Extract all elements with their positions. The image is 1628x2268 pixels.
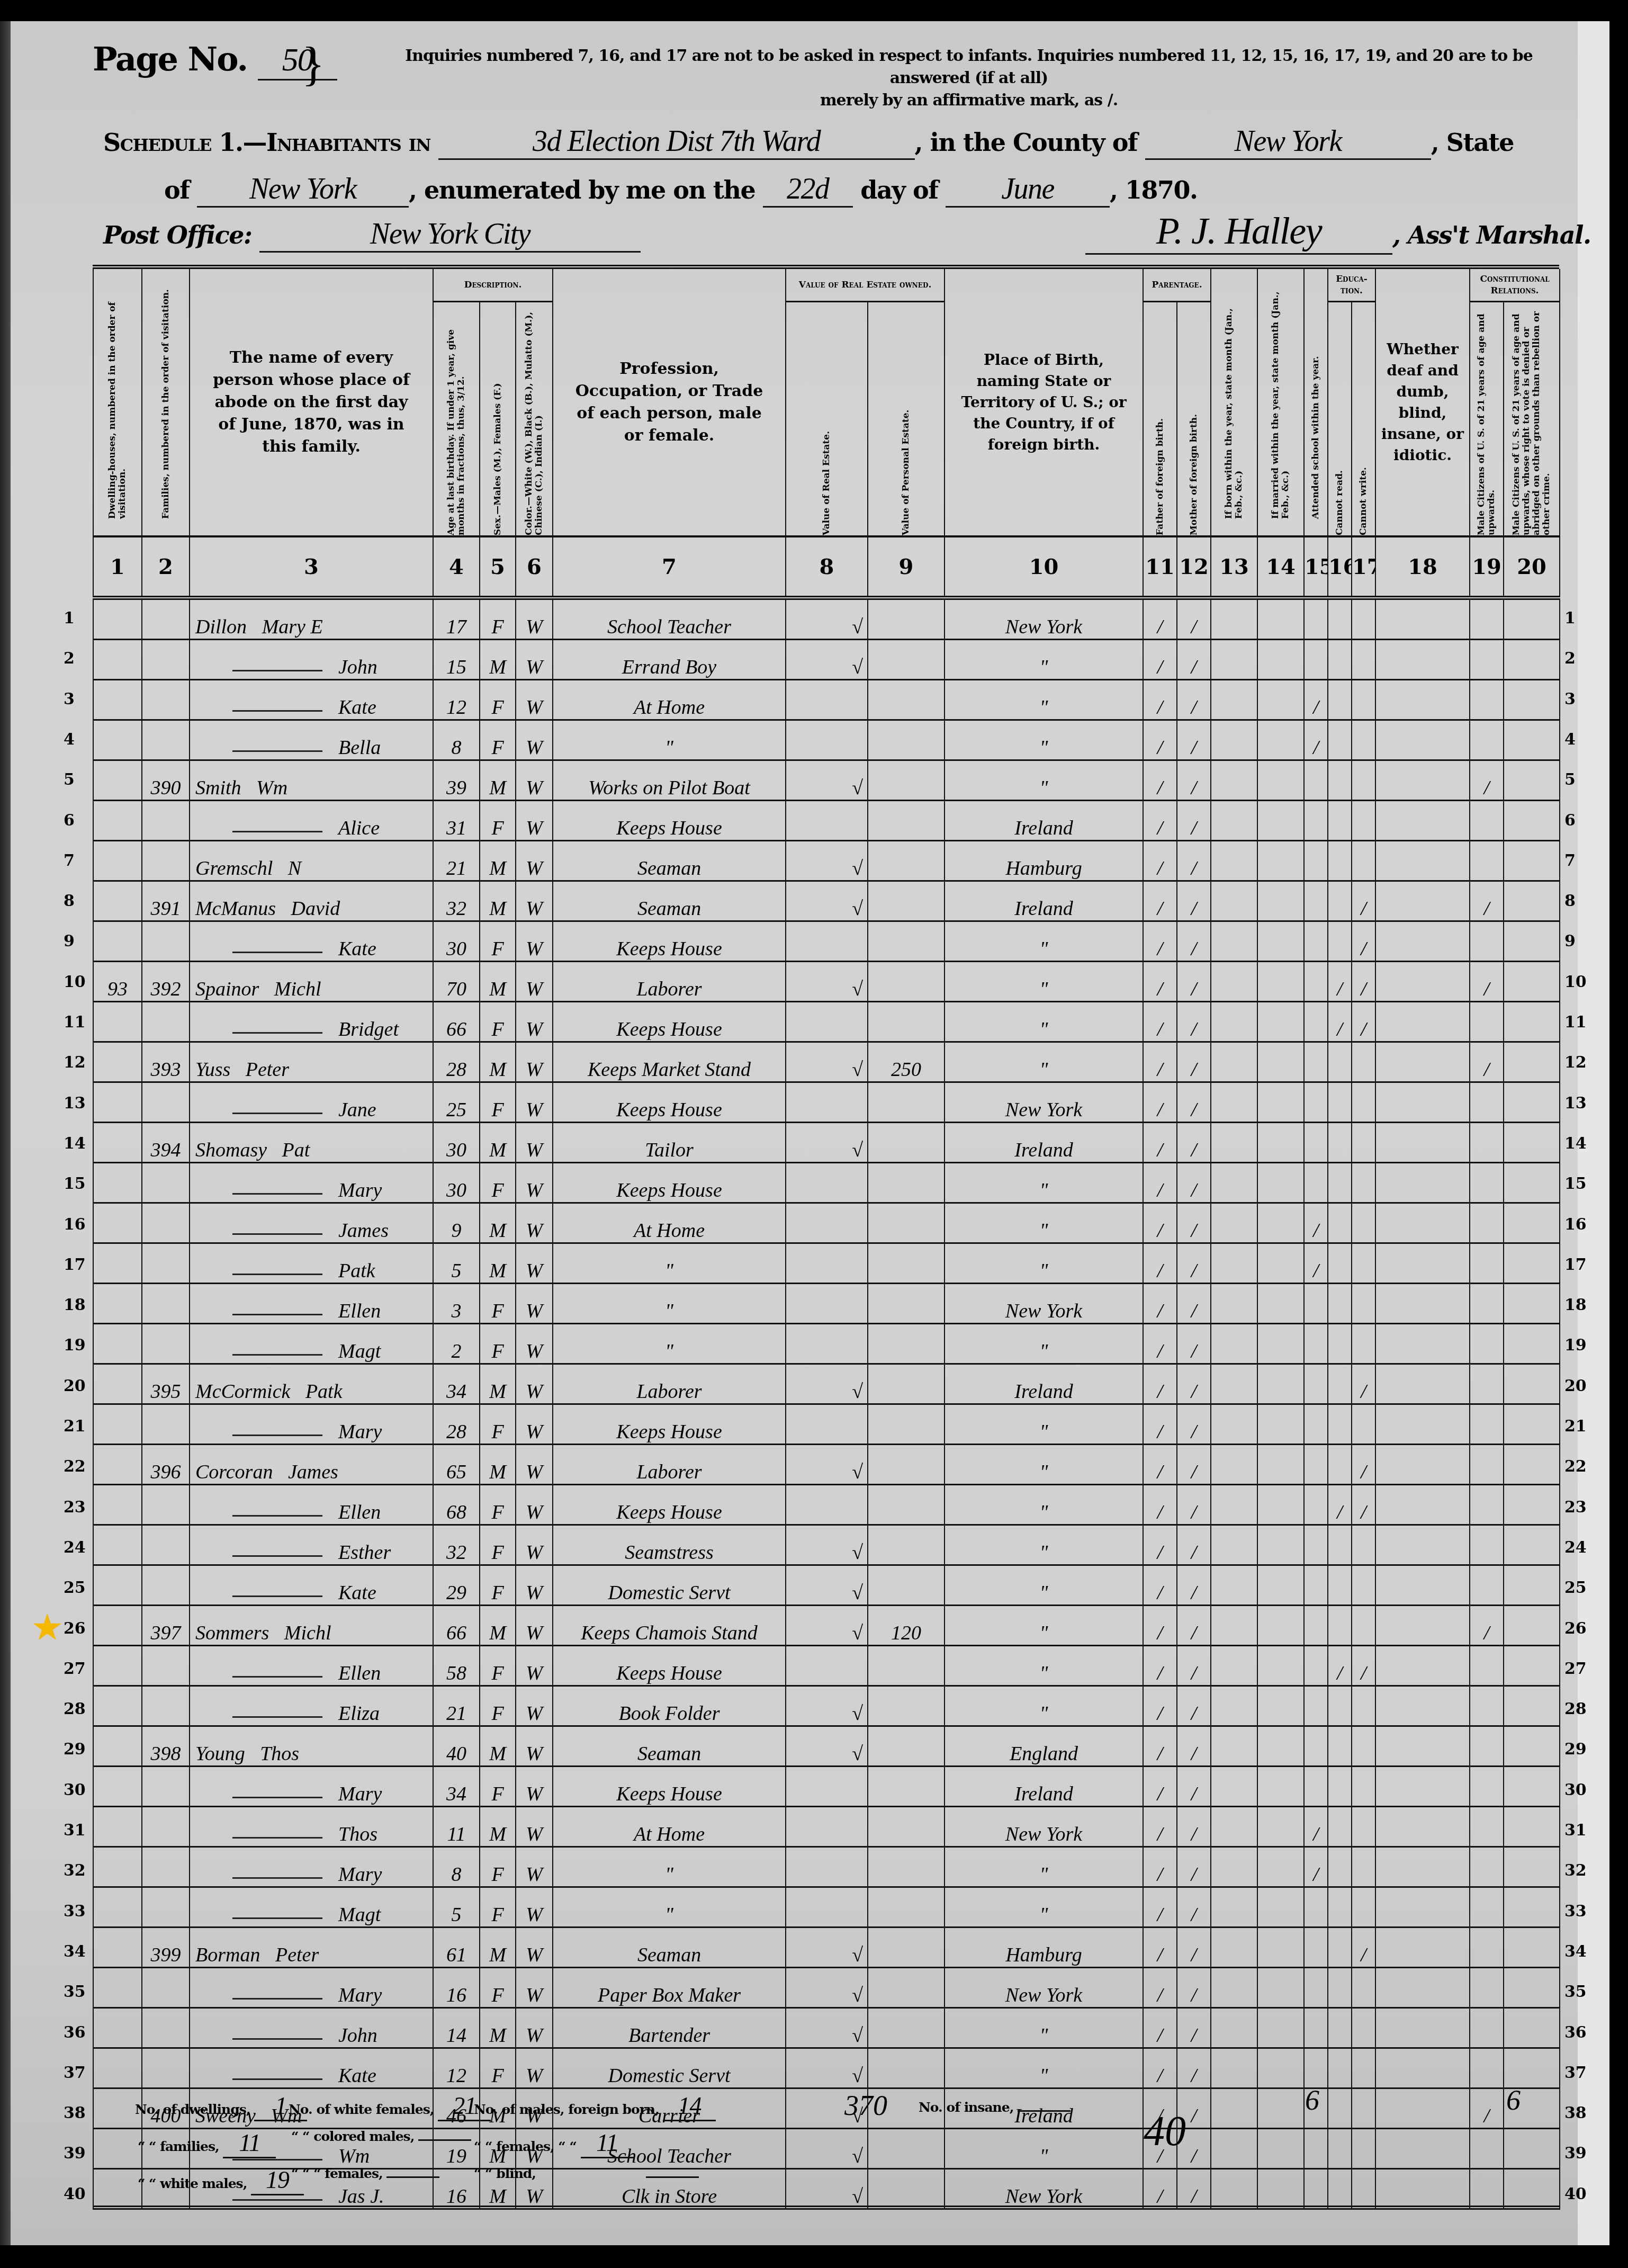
male-citizen-mark xyxy=(1470,1887,1504,1928)
personal-estate-value xyxy=(868,1163,945,1203)
sex: M xyxy=(480,1807,516,1847)
person-name: Smith Wm xyxy=(190,760,433,801)
brace-glyph: } xyxy=(302,37,325,92)
line-number-right: 2 xyxy=(1564,649,1576,668)
real-estate-mark xyxy=(786,1324,868,1364)
attended-school-mark xyxy=(1304,640,1328,680)
given-name: Mary xyxy=(338,1984,382,2006)
attended-school-mark xyxy=(1304,1163,1328,1203)
sex: M xyxy=(480,841,516,881)
ditto-dash xyxy=(232,1193,322,1195)
age: 40 xyxy=(433,1726,480,1767)
cannot-write-mark: / xyxy=(1352,1002,1375,1042)
color: W xyxy=(516,1002,553,1042)
born-within-year xyxy=(1211,1364,1257,1404)
father-foreign-mark: / xyxy=(1143,921,1177,962)
table-row: 393Yuss Peter28MWKeeps Market Stand√250"… xyxy=(93,1042,1560,1082)
occupation: Keeps House xyxy=(553,1485,786,1525)
birthplace: New York xyxy=(945,598,1143,640)
summary-colored-males-value xyxy=(418,2139,471,2141)
col-header-17: Cannot write. xyxy=(1352,302,1375,537)
given-name: Ellen xyxy=(338,1300,381,1322)
line-number-left: 32 xyxy=(64,1861,86,1880)
father-foreign-mark: / xyxy=(1143,760,1177,801)
male-citizen-mark xyxy=(1470,1324,1504,1364)
father-foreign-mark: / xyxy=(1143,1847,1177,1887)
line-number-right: 8 xyxy=(1564,892,1576,910)
line-number-left: 17 xyxy=(64,1256,86,1274)
cannot-write-mark xyxy=(1352,680,1375,720)
schedule-label: Schedule 1.—Inhabitants in xyxy=(103,128,430,157)
summary-block: No. of dwellings, 1 No. of white females… xyxy=(93,2078,1559,2210)
color: W xyxy=(516,881,553,921)
col-header-16: Cannot read. xyxy=(1328,302,1352,537)
male-citizen-mark: / xyxy=(1470,1042,1504,1082)
vote-denied xyxy=(1504,1928,1560,1968)
occupation: Keeps House xyxy=(553,801,786,841)
color: W xyxy=(516,1767,553,1807)
ditto-dash xyxy=(232,1555,322,1557)
line-number-left: 12 xyxy=(64,1053,86,1072)
personal-estate-value xyxy=(868,1002,945,1042)
marshal-line: P. J. Halley, Ass't Marshal. xyxy=(1085,209,1590,255)
table-row: Ellen68FWKeeps House"//// xyxy=(93,1485,1560,1525)
dwelling-number xyxy=(93,841,142,881)
married-within-year xyxy=(1257,962,1304,1002)
cannot-write-mark xyxy=(1352,1203,1375,1243)
father-foreign-mark: / xyxy=(1143,1928,1177,1968)
born-within-year xyxy=(1211,1002,1257,1042)
personal-estate-value: 250 xyxy=(868,1042,945,1082)
vote-denied xyxy=(1504,598,1560,640)
married-within-year xyxy=(1257,1324,1304,1364)
born-within-year xyxy=(1211,1767,1257,1807)
disability xyxy=(1375,1807,1470,1847)
married-within-year xyxy=(1257,1928,1304,1968)
table-row: Esther32FWSeamstress√"// xyxy=(93,1525,1560,1565)
age: 9 xyxy=(433,1203,480,1243)
disability xyxy=(1375,760,1470,801)
color: W xyxy=(516,1807,553,1847)
cannot-write-mark: / xyxy=(1352,1646,1375,1686)
age: 3 xyxy=(433,1284,480,1324)
dwelling-number xyxy=(93,881,142,921)
personal-estate-value xyxy=(868,760,945,801)
col-header-18: Whether deaf and dumb, blind, insane, or… xyxy=(1375,269,1470,536)
surname: Smith xyxy=(195,777,241,799)
personal-estate-value xyxy=(868,1525,945,1565)
person-name: Ellen xyxy=(190,1485,433,1525)
line-number-right: 10 xyxy=(1564,973,1587,991)
col-number: 10 xyxy=(945,536,1143,598)
dwelling-number xyxy=(93,1767,142,1807)
cannot-read-mark xyxy=(1328,1887,1352,1928)
disability xyxy=(1375,1324,1470,1364)
disability xyxy=(1375,640,1470,680)
born-within-year xyxy=(1211,760,1257,801)
vote-denied xyxy=(1504,1243,1560,1284)
family-number xyxy=(142,2008,190,2048)
given-name: James xyxy=(288,1461,338,1483)
table-row: John15MWErrand Boy√"// xyxy=(93,640,1560,680)
age: 11 xyxy=(433,1807,480,1847)
male-citizen-mark xyxy=(1470,1445,1504,1485)
real-estate-mark: √ xyxy=(786,1686,868,1726)
occupation: Seaman xyxy=(553,881,786,921)
age: 28 xyxy=(433,1404,480,1445)
dwelling-number xyxy=(93,1082,142,1123)
person-name: Dillon Mary E xyxy=(190,598,433,640)
person-name: Bridget xyxy=(190,1002,433,1042)
given-name: Michl xyxy=(284,1622,331,1644)
ditto-dash xyxy=(232,1716,322,1718)
occupation: Errand Boy xyxy=(553,640,786,680)
family-number xyxy=(142,1968,190,2008)
color: W xyxy=(516,1686,553,1726)
disability xyxy=(1375,1485,1470,1525)
surname: Gremschl xyxy=(195,857,273,880)
personal-estate-value: 120 xyxy=(868,1606,945,1646)
ditto-dash xyxy=(232,831,322,832)
vote-denied xyxy=(1504,1887,1560,1928)
dwelling-number xyxy=(93,680,142,720)
father-foreign-mark: / xyxy=(1143,680,1177,720)
married-within-year xyxy=(1257,1485,1304,1525)
table-row: Bella8FW""/// xyxy=(93,720,1560,760)
cannot-read-mark xyxy=(1328,1726,1352,1767)
family-number xyxy=(142,1324,190,1364)
day-of-label: day of xyxy=(860,176,938,204)
married-within-year xyxy=(1257,1606,1304,1646)
born-within-year xyxy=(1211,1807,1257,1847)
real-estate-mark xyxy=(786,1404,868,1445)
married-within-year xyxy=(1257,2008,1304,2048)
age: 21 xyxy=(433,1686,480,1726)
col-number: 4 xyxy=(433,536,480,598)
dwelling-number xyxy=(93,1686,142,1726)
line-number-right: 33 xyxy=(1564,1902,1587,1921)
attended-school-mark: / xyxy=(1304,720,1328,760)
cannot-write-mark: / xyxy=(1352,1445,1375,1485)
sex: M xyxy=(480,1726,516,1767)
birthplace: " xyxy=(945,1243,1143,1284)
real-estate-mark: √ xyxy=(786,598,868,640)
father-foreign-mark: / xyxy=(1143,801,1177,841)
dwelling-number xyxy=(93,1364,142,1404)
ditto-dash xyxy=(232,1837,322,1839)
ditto-dash xyxy=(232,670,322,671)
line-number-right: 11 xyxy=(1564,1013,1587,1032)
cannot-write-mark xyxy=(1352,1163,1375,1203)
cannot-read-mark: / xyxy=(1328,962,1352,1002)
mother-foreign-mark: / xyxy=(1177,1404,1211,1445)
male-citizen-mark xyxy=(1470,1123,1504,1163)
birthplace: " xyxy=(945,962,1143,1002)
male-citizen-mark: / xyxy=(1470,881,1504,921)
male-citizen-mark xyxy=(1470,1968,1504,2008)
col-header-8: Value of Real Estate. xyxy=(786,302,868,537)
father-foreign-mark: / xyxy=(1143,1968,1177,2008)
dwelling-number xyxy=(93,1163,142,1203)
cannot-read-mark xyxy=(1328,1324,1352,1364)
table-row: Magt5FW""// xyxy=(93,1887,1560,1928)
cannot-write-mark xyxy=(1352,1726,1375,1767)
father-foreign-mark: / xyxy=(1143,1606,1177,1646)
occupation: Bartender xyxy=(553,2008,786,2048)
male-citizen-mark xyxy=(1470,1364,1504,1404)
vote-denied xyxy=(1504,1686,1560,1726)
family-number xyxy=(142,1807,190,1847)
color: W xyxy=(516,1243,553,1284)
vote-denied xyxy=(1504,2008,1560,2048)
sex: M xyxy=(480,1364,516,1404)
personal-estate-value xyxy=(868,720,945,760)
surname: Dillon xyxy=(195,616,247,638)
mother-foreign-mark: / xyxy=(1177,1485,1211,1525)
attended-school-mark xyxy=(1304,1928,1328,1968)
cannot-read-mark xyxy=(1328,881,1352,921)
age: 30 xyxy=(433,921,480,962)
born-within-year xyxy=(1211,1445,1257,1485)
summary-blind-value xyxy=(646,2176,699,2178)
attended-school-mark xyxy=(1304,1364,1328,1404)
vote-denied xyxy=(1504,1163,1560,1203)
born-within-year xyxy=(1211,1887,1257,1928)
born-within-year xyxy=(1211,1646,1257,1686)
person-name: Yuss Peter xyxy=(190,1042,433,1082)
born-within-year xyxy=(1211,1686,1257,1726)
born-within-year xyxy=(1211,598,1257,640)
dwelling-number xyxy=(93,1002,142,1042)
vote-denied xyxy=(1504,1324,1560,1364)
male-citizen-mark xyxy=(1470,1485,1504,1525)
father-foreign-mark: / xyxy=(1143,1565,1177,1606)
given-name: Mary xyxy=(338,1179,382,1202)
color: W xyxy=(516,1485,553,1525)
real-estate-mark xyxy=(786,1646,868,1686)
personal-estate-value xyxy=(868,1686,945,1726)
vote-denied xyxy=(1504,881,1560,921)
summary-blind-label: “ “ blind, xyxy=(474,2166,536,2181)
mother-foreign-mark: / xyxy=(1177,760,1211,801)
vote-denied xyxy=(1504,1284,1560,1324)
person-name: Eliza xyxy=(190,1686,433,1726)
col-header-1: Dwelling-houses, numbered in the order o… xyxy=(93,269,142,536)
born-within-year xyxy=(1211,2008,1257,2048)
occupation: Laborer xyxy=(553,962,786,1002)
col-header-9: Value of Personal Estate. xyxy=(868,302,945,537)
marshal-signature: P. J. Halley xyxy=(1085,209,1392,255)
attended-school-mark xyxy=(1304,1002,1328,1042)
mother-foreign-mark: / xyxy=(1177,2008,1211,2048)
father-foreign-mark: / xyxy=(1143,1243,1177,1284)
personal-estate-value xyxy=(868,1123,945,1163)
real-estate-mark: √ xyxy=(786,1968,868,2008)
table-row: James9MWAt Home"/// xyxy=(93,1203,1560,1243)
age: 25 xyxy=(433,1082,480,1123)
occupation: Keeps House xyxy=(553,1404,786,1445)
cannot-read-mark xyxy=(1328,1606,1352,1646)
attended-school-mark xyxy=(1304,1565,1328,1606)
line-number-left: 2 xyxy=(64,649,75,668)
born-within-year xyxy=(1211,1968,1257,2008)
dwelling-number xyxy=(93,720,142,760)
col-number: 6 xyxy=(516,536,553,598)
mother-foreign-mark: / xyxy=(1177,1686,1211,1726)
cannot-write-mark xyxy=(1352,1243,1375,1284)
vote-denied xyxy=(1504,962,1560,1002)
instructions-line-2: merely by an affirmative mark, as /. xyxy=(381,89,1557,112)
color: W xyxy=(516,1847,553,1887)
married-within-year xyxy=(1257,1767,1304,1807)
age: 66 xyxy=(433,1606,480,1646)
disability xyxy=(1375,1928,1470,1968)
given-name: Thos xyxy=(260,1743,299,1765)
cannot-read-mark xyxy=(1328,2008,1352,2048)
disability xyxy=(1375,1042,1470,1082)
summary-females-foreign-value: 11 xyxy=(581,2129,634,2158)
family-number xyxy=(142,720,190,760)
real-estate-mark xyxy=(786,1002,868,1042)
state-value: New York xyxy=(197,172,409,208)
state-line: of New York, enumerated by me on the 22d… xyxy=(164,172,1198,208)
color: W xyxy=(516,1042,553,1082)
sex: M xyxy=(480,1042,516,1082)
father-foreign-mark: / xyxy=(1143,1123,1177,1163)
table-row: 397Sommers Michl66MWKeeps Chamois Stand√… xyxy=(93,1606,1560,1646)
person-name: Spainor Michl xyxy=(190,962,433,1002)
real-estate-mark xyxy=(786,720,868,760)
age: 30 xyxy=(433,1163,480,1203)
ditto-dash xyxy=(232,2038,322,2040)
line-number-right: 21 xyxy=(1564,1417,1587,1436)
cannot-write-mark xyxy=(1352,598,1375,640)
father-foreign-mark: / xyxy=(1143,1082,1177,1123)
birthplace: " xyxy=(945,921,1143,962)
dwelling-number xyxy=(93,598,142,640)
age: 15 xyxy=(433,640,480,680)
line-number-left: 9 xyxy=(64,932,75,951)
father-foreign-mark: / xyxy=(1143,1726,1177,1767)
table-row: 390Smith Wm39MWWorks on Pilot Boat√"/// xyxy=(93,760,1560,801)
line-number-right: 40 xyxy=(1564,2185,1587,2203)
line-number-right: 16 xyxy=(1564,1215,1587,1234)
married-within-year xyxy=(1257,1203,1304,1243)
mother-foreign-mark: / xyxy=(1177,598,1211,640)
cannot-read-mark xyxy=(1328,640,1352,680)
surname: Borman xyxy=(195,1944,260,1966)
real-estate-mark: √ xyxy=(786,1525,868,1565)
line-number-right: 30 xyxy=(1564,1781,1587,1799)
personal-estate-value xyxy=(868,1243,945,1284)
male-citizen-mark: / xyxy=(1470,760,1504,801)
table-row: 391McManus David32MWSeaman√Ireland//// xyxy=(93,881,1560,921)
table-row: Ellen3FW"New York// xyxy=(93,1284,1560,1324)
ditto-dash xyxy=(232,1113,322,1114)
cannot-read-mark xyxy=(1328,680,1352,720)
disability xyxy=(1375,1123,1470,1163)
year-label: , 1870. xyxy=(1110,176,1198,204)
born-within-year xyxy=(1211,1123,1257,1163)
male-citizen-mark xyxy=(1470,1726,1504,1767)
vote-denied xyxy=(1504,1525,1560,1565)
color: W xyxy=(516,1445,553,1485)
father-foreign-mark: / xyxy=(1143,962,1177,1002)
summary-colored-females: “ “ “ females, xyxy=(291,2166,439,2181)
line-number-left: 10 xyxy=(64,973,86,991)
born-within-year xyxy=(1211,1404,1257,1445)
given-name: David xyxy=(291,898,340,920)
person-name: McManus David xyxy=(190,881,433,921)
table-row: Kate12FWAt Home"/// xyxy=(93,680,1560,720)
family-number xyxy=(142,1485,190,1525)
sex: M xyxy=(480,962,516,1002)
person-name: Young Thos xyxy=(190,1726,433,1767)
day-value: 22d xyxy=(763,172,853,208)
cannot-read-mark xyxy=(1328,841,1352,881)
family-number xyxy=(142,1082,190,1123)
cannot-read-mark xyxy=(1328,1525,1352,1565)
married-within-year xyxy=(1257,1807,1304,1847)
vote-denied xyxy=(1504,1606,1560,1646)
disability xyxy=(1375,598,1470,640)
dwelling-number xyxy=(93,1928,142,1968)
summary-families-label: “ “ families, xyxy=(138,2139,219,2154)
cannot-write-mark: / xyxy=(1352,921,1375,962)
summary-white-males: “ “ white males, 19 xyxy=(138,2166,304,2195)
occupation: Keeps House xyxy=(553,1082,786,1123)
summary-citizens-total: 6 xyxy=(1506,2084,1521,2117)
line-number-left: 25 xyxy=(64,1579,86,1597)
line-number-right: 5 xyxy=(1564,770,1576,789)
col-header-19: Male Citizens of U. S. of 21 years of ag… xyxy=(1470,302,1504,537)
mother-foreign-mark: / xyxy=(1177,1887,1211,1928)
disability xyxy=(1375,962,1470,1002)
cannot-read-mark xyxy=(1328,1686,1352,1726)
table-row: 396Corcoran James65MWLaborer√"/// xyxy=(93,1445,1560,1485)
cannot-write-mark xyxy=(1352,1525,1375,1565)
person-name: Esther xyxy=(190,1525,433,1565)
line-number-left: 22 xyxy=(64,1457,86,1476)
sex: M xyxy=(480,1928,516,1968)
father-foreign-mark: / xyxy=(1143,2008,1177,2048)
given-name: Eliza xyxy=(338,1702,380,1725)
father-foreign-mark: / xyxy=(1143,1042,1177,1082)
occupation: Seamstress xyxy=(553,1525,786,1565)
line-number-left: 36 xyxy=(64,2023,86,2042)
male-citizen-mark: / xyxy=(1470,1606,1504,1646)
col-header-20: Male Citizens of U. S. of 21 years of ag… xyxy=(1504,302,1560,537)
sex: M xyxy=(480,1243,516,1284)
line-number-left: 31 xyxy=(64,1821,86,1840)
attended-school-mark: / xyxy=(1304,1807,1328,1847)
col-number: 19 xyxy=(1470,536,1504,598)
birthplace: Ireland xyxy=(945,881,1143,921)
given-name: Patk xyxy=(305,1380,343,1403)
vote-denied xyxy=(1504,1968,1560,2008)
father-foreign-mark: / xyxy=(1143,1163,1177,1203)
person-name: Kate xyxy=(190,680,433,720)
cannot-write-mark xyxy=(1352,720,1375,760)
attended-school-mark xyxy=(1304,1606,1328,1646)
cannot-write-mark xyxy=(1352,1123,1375,1163)
of-label: of xyxy=(164,176,189,204)
color: W xyxy=(516,841,553,881)
col-number: 15 xyxy=(1304,536,1328,598)
occupation: Seaman xyxy=(553,1726,786,1767)
given-name: Wm xyxy=(256,777,287,799)
surname: Shomasy xyxy=(195,1139,267,1161)
